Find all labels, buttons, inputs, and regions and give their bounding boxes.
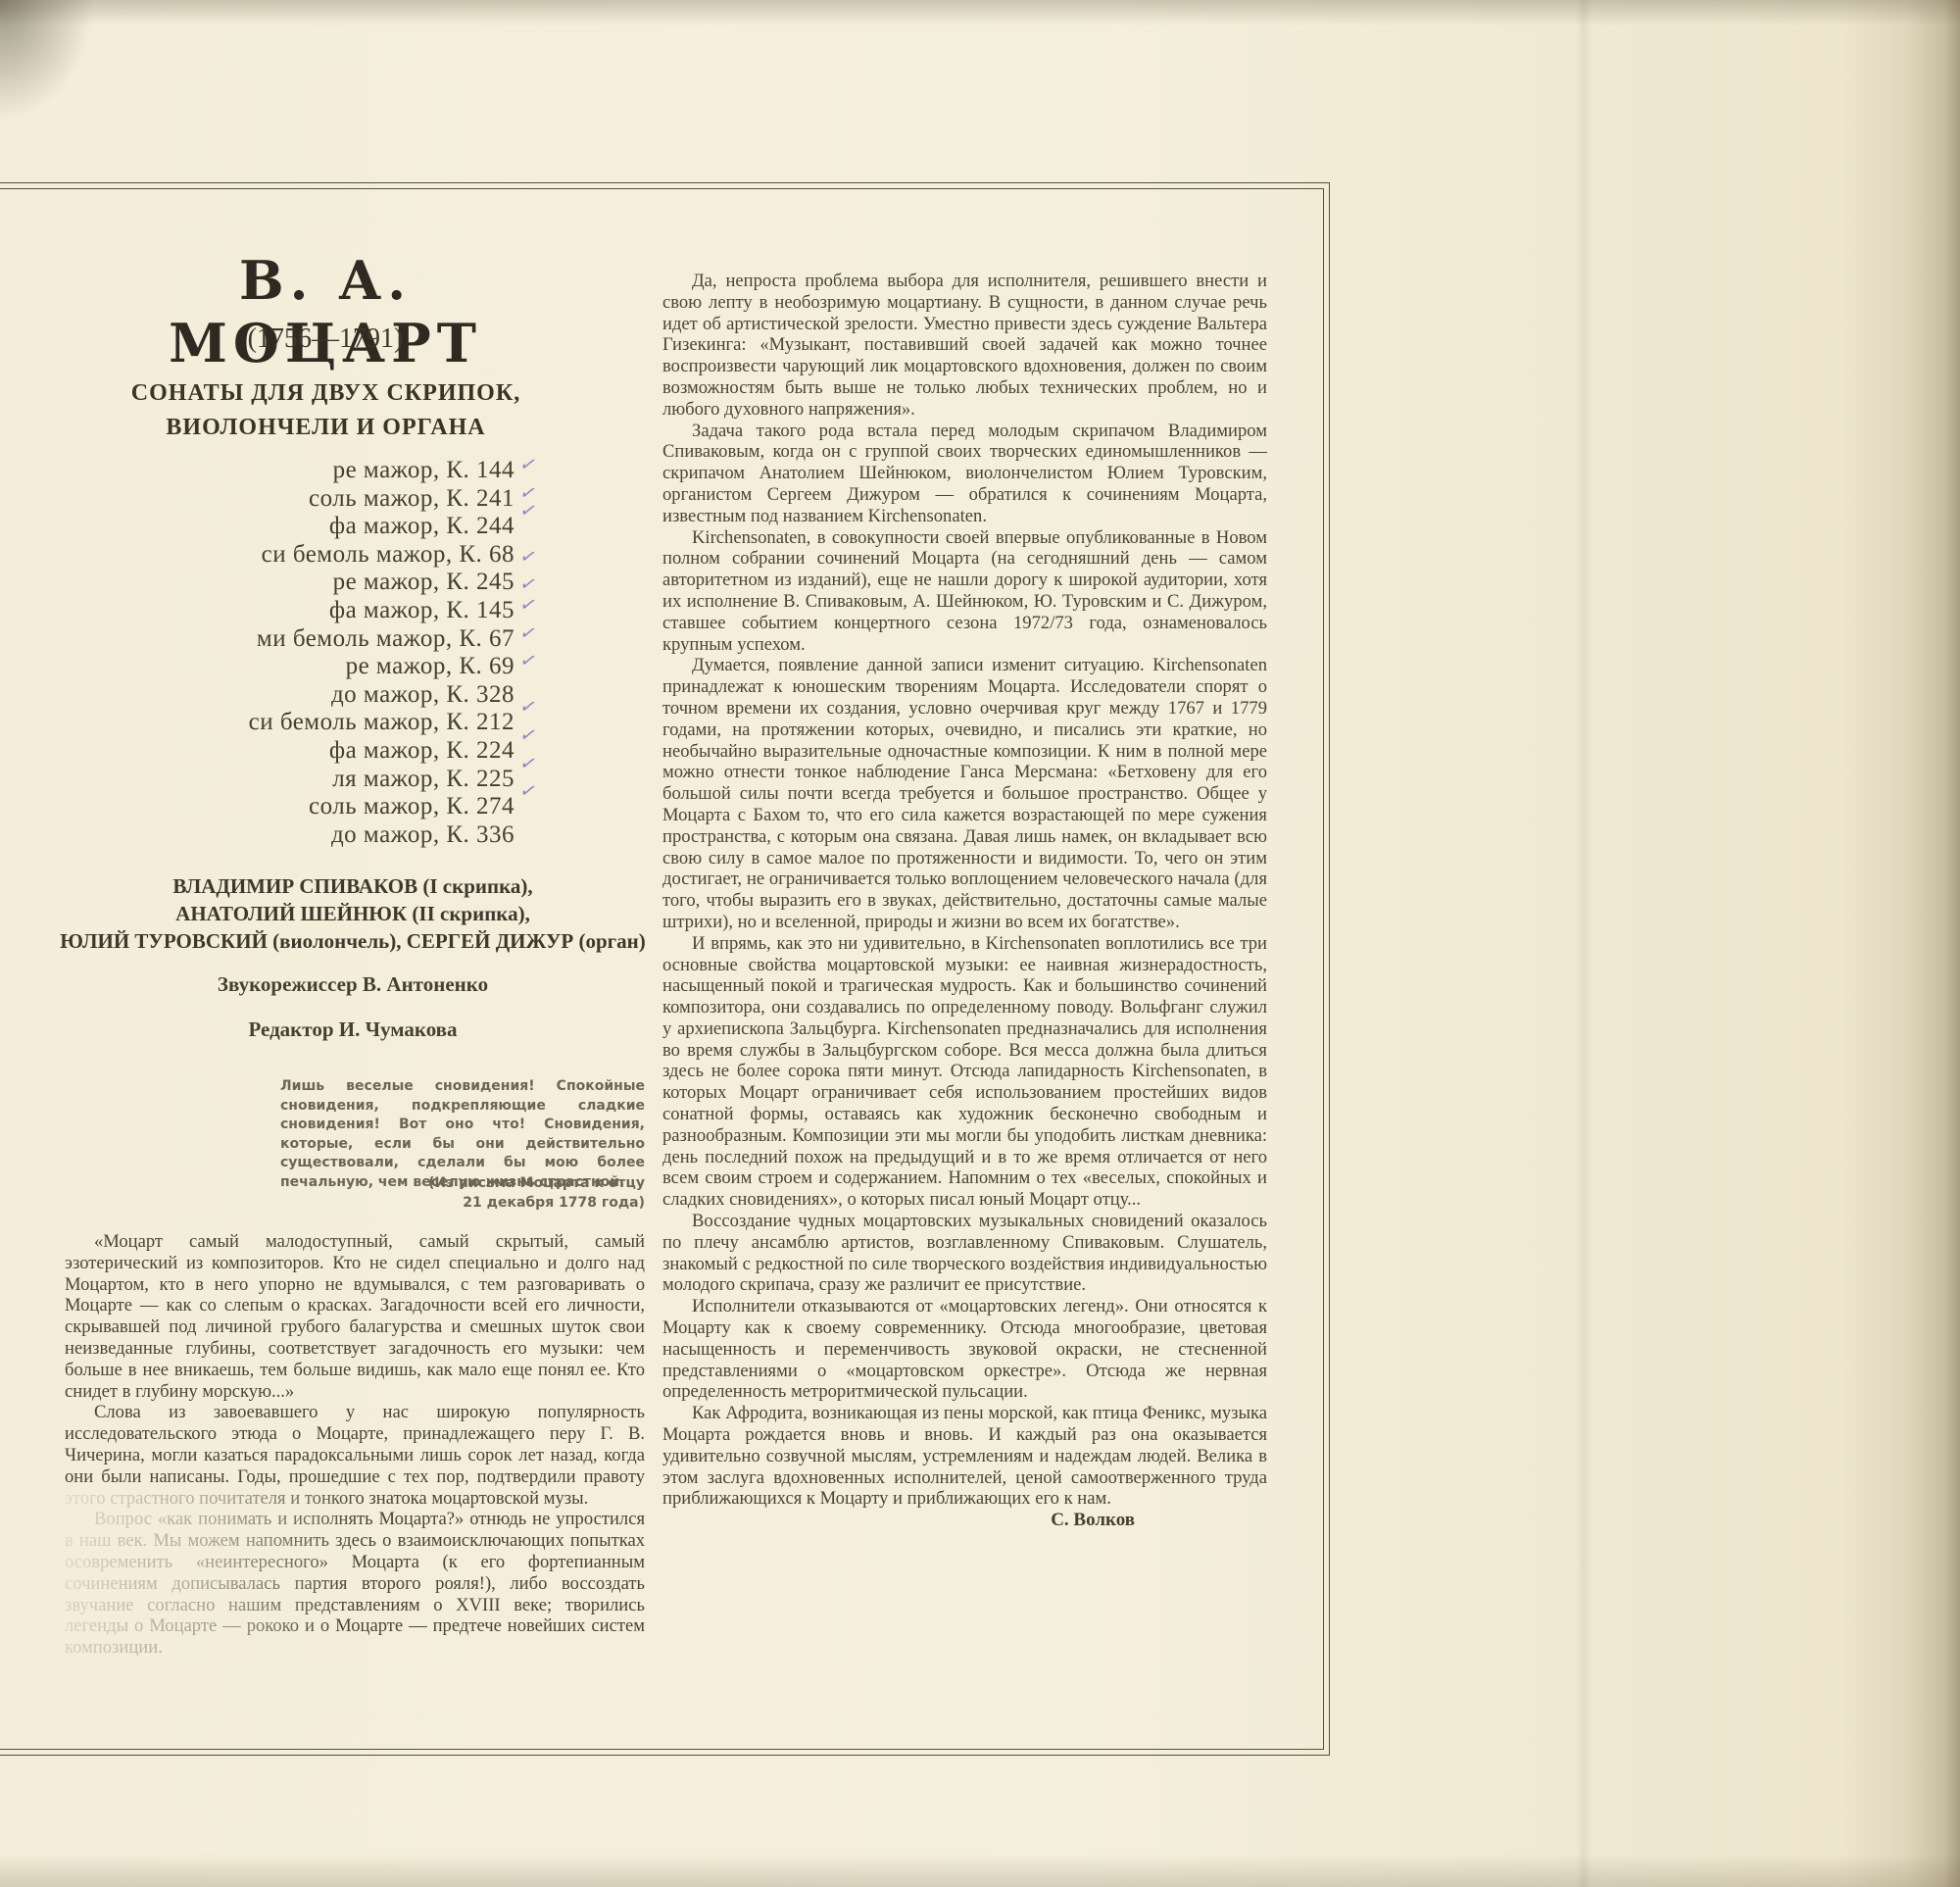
work-row: соль мажор, К. 241✓: [73, 485, 514, 514]
work-row: фа мажор, К. 145✓: [73, 597, 514, 625]
work-label: ля мажор, К. 225: [332, 766, 514, 792]
record-sleeve-back: В. А. МОЦАРТ (1756—1791) СОНАТЫ ДЛЯ ДВУХ…: [0, 0, 1960, 1887]
performer-line: АНАТОЛИЙ ШЕЙНЮК (II скрипка),: [49, 900, 657, 927]
work-label: соль мажор, К. 241: [309, 485, 514, 512]
epigraph-source-line-1: (Из письма Моцарта к отцу: [280, 1174, 645, 1194]
paragraph: Как Афродита, возникающая из пены морско…: [662, 1403, 1267, 1510]
works-list: ре мажор, К. 144✓ соль мажор, К. 241✓ фа…: [73, 457, 514, 849]
work-label: до мажор, К. 336: [331, 821, 514, 848]
work-label: ре мажор, К. 245: [333, 569, 514, 595]
work-row: ми бемоль мажор, К. 67✓: [73, 625, 514, 654]
top-left-corner-shadow: [0, 0, 108, 137]
work-row: ля мажор, К. 225✓: [73, 766, 514, 794]
album-subtitle-line-1: СОНАТЫ ДЛЯ ДВУХ СКРИПОК,: [59, 380, 593, 407]
work-label: фа мажор, К. 145: [329, 597, 514, 623]
sound-engineer-credit: Звукорежиссер В. Антоненко: [49, 972, 657, 997]
right-text-column: Да, непроста проблема выбора для исполни…: [662, 271, 1267, 1531]
work-row: фа мажор, К. 224✓: [73, 737, 514, 766]
composer-years: (1756—1791): [71, 323, 580, 355]
performer-line: ВЛАДИМИР СПИВАКОВ (I скрипка),: [49, 872, 657, 900]
work-row: си бемоль мажор, К. 212✓: [73, 709, 514, 737]
paragraph: Задача такого рода встала перед молодым …: [662, 421, 1267, 527]
paragraph: Да, непроста проблема выбора для исполни…: [662, 271, 1267, 421]
work-label: си бемоль мажор, К. 68: [262, 541, 514, 568]
top-edge-shadow: [0, 0, 1960, 25]
work-row: ре мажор, К. 245✓: [73, 569, 514, 597]
paragraph: И впрямь, как это ни удивительно, в Kirc…: [662, 933, 1267, 1211]
paragraph: Исполнители отказываются от «моцартовски…: [662, 1296, 1267, 1403]
paragraph: «Моцарт самый малодоступный, самый скрыт…: [65, 1231, 645, 1402]
composer-title: В. А. МОЦАРТ: [71, 249, 580, 374]
paragraph: Думается, появление данной записи измени…: [662, 655, 1267, 932]
work-row: фа мажор, К. 244✓: [73, 513, 514, 541]
editor-credit: Редактор И. Чумакова: [49, 1018, 657, 1042]
work-label: ми бемоль мажор, К. 67: [257, 625, 514, 652]
paragraph: Kirchensonaten, в совокупности своей впе…: [662, 527, 1267, 656]
work-label: фа мажор, К. 224: [329, 737, 514, 764]
work-row: до мажор, К. 328: [73, 681, 514, 710]
paragraph: Воссоздание чудных моцартовских музыкаль…: [662, 1211, 1267, 1296]
print-fade-artifact: [49, 1490, 431, 1720]
right-edge-shadow: [1842, 0, 1960, 1887]
album-subtitle-line-2: ВИОЛОНЧЕЛИ И ОРГАНА: [59, 415, 593, 441]
sleeve-crease-shadow: [1576, 0, 1592, 1887]
performer-line: ЮЛИЙ ТУРОВСКИЙ (виолончель), СЕРГЕЙ ДИЖУ…: [49, 927, 657, 955]
work-row: си бемоль мажор, К. 68✓: [73, 541, 514, 570]
epigraph-source-line-2: 21 декабря 1778 года): [280, 1194, 645, 1214]
work-label: ре мажор, К. 144: [333, 457, 514, 483]
work-row: до мажор, К. 336: [73, 821, 514, 850]
work-row: ре мажор, К. 69✓: [73, 653, 514, 681]
work-row: ре мажор, К. 144✓: [73, 457, 514, 485]
work-label: си бемоль мажор, К. 212: [249, 709, 514, 735]
work-row: соль мажор, К. 274✓: [73, 793, 514, 821]
work-label: соль мажор, К. 274: [309, 793, 514, 819]
work-label: до мажор, К. 328: [331, 681, 514, 708]
work-label: ре мажор, К. 69: [346, 653, 514, 679]
author-signature: С. Волков: [662, 1510, 1267, 1531]
bottom-edge-shadow: [0, 1854, 1960, 1887]
work-label: фа мажор, К. 244: [329, 513, 514, 539]
epigraph-source: (Из письма Моцарта к отцу 21 декабря 177…: [280, 1174, 645, 1213]
performers-block: ВЛАДИМИР СПИВАКОВ (I скрипка), АНАТОЛИЙ …: [49, 872, 657, 955]
